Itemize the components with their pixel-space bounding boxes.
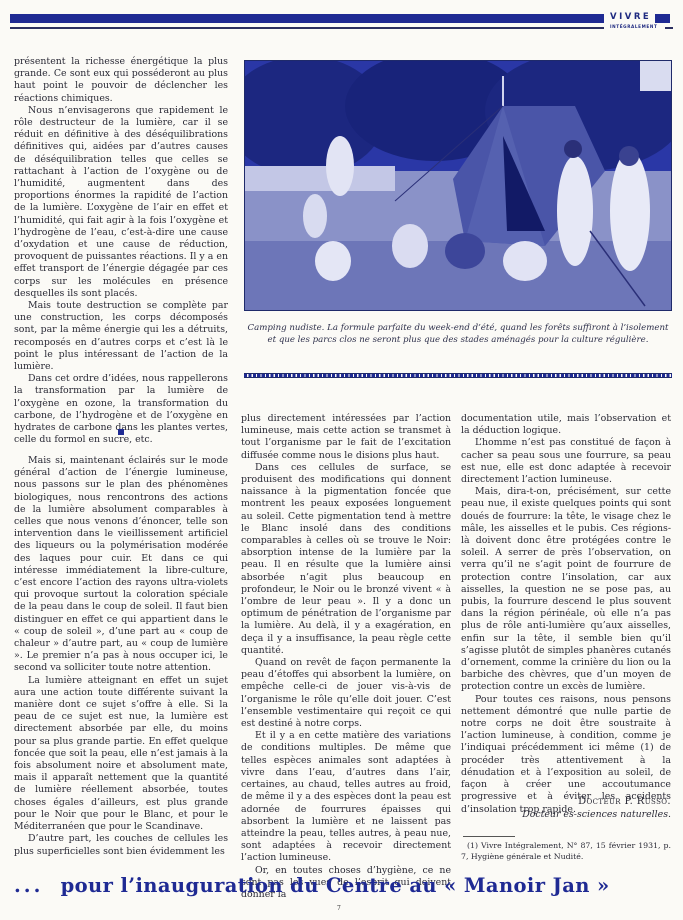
paragraph: L’homme n’est pas constitué de façon à c… bbox=[461, 437, 671, 486]
paragraph: documentation utile, mais l’observation … bbox=[461, 413, 671, 437]
footnote-rule bbox=[463, 836, 515, 837]
masthead-band bbox=[10, 14, 604, 23]
paragraph: D’autre part, les couches de cellules le… bbox=[14, 833, 228, 857]
paragraph: Mais toute destruction se complète par u… bbox=[14, 300, 228, 373]
paragraph: plus directement intéressées par l’actio… bbox=[241, 413, 451, 462]
masthead-rule bbox=[10, 27, 604, 29]
masthead-dash bbox=[665, 27, 673, 29]
paragraph: Et il y a en cette matière des variation… bbox=[241, 730, 451, 864]
photo-illustration bbox=[245, 61, 672, 311]
column-1-bottom: Mais si, maintenant éclairés sur le mode… bbox=[14, 455, 228, 858]
magazine-brand: VIVRE bbox=[610, 12, 651, 22]
caption-line-2: et que les parcs clos ne seront plus que… bbox=[244, 334, 672, 346]
column-3: documentation utile, mais l’observation … bbox=[461, 413, 671, 816]
paragraph: Nous n’envisagerons que rapidement le rô… bbox=[14, 105, 228, 300]
banner-text: pour l’inauguration du Centre au « Manoi… bbox=[61, 874, 610, 897]
paragraph: présentent la richesse énergétique la pl… bbox=[14, 56, 228, 105]
author-name: Docteur P. Russo. bbox=[461, 795, 671, 808]
column-1-top: présentent la richesse énergétique la pl… bbox=[14, 56, 228, 447]
magazine-brand-subtitle: INTÉGRALEMENT bbox=[610, 24, 657, 29]
photo-caption: Camping nudiste. La formule parfaite du … bbox=[244, 322, 672, 346]
footnote: (1) Vivre Intégralement, N° 87, 15 févri… bbox=[461, 841, 671, 862]
author-title: Docteur es-sciences naturelles. bbox=[461, 808, 671, 821]
dotted-divider bbox=[244, 373, 672, 378]
masthead: VIVRE INTÉGRALEMENT bbox=[10, 12, 673, 38]
author-signature: Docteur P. Russo. Docteur es-sciences na… bbox=[461, 795, 671, 821]
banner-ellipsis: ... bbox=[14, 874, 43, 897]
caption-line-1: Camping nudiste. La formule parfaite du … bbox=[244, 322, 672, 334]
paragraph: Mais, dira-t-on, précisément, sur cette … bbox=[461, 486, 671, 693]
masthead-box bbox=[655, 14, 670, 23]
column-2: plus directement intéressées par l’actio… bbox=[241, 413, 451, 901]
announcement-banner: ... pour l’inauguration du Centre au « M… bbox=[14, 874, 674, 897]
paragraph: La lumière atteignant en effet un sujet … bbox=[14, 675, 228, 834]
camping-photo bbox=[244, 60, 672, 311]
paragraph: Dans cet ordre d’idées, nous rappelleron… bbox=[14, 373, 228, 446]
paragraph: Dans ces cellules de surface, se produis… bbox=[241, 462, 451, 657]
section-ornament-icon bbox=[118, 429, 124, 435]
page-number: 7 bbox=[337, 905, 341, 912]
paragraph: Mais si, maintenant éclairés sur le mode… bbox=[14, 455, 228, 675]
paragraph: Quand on revêt de façon permanente la pe… bbox=[241, 657, 451, 730]
